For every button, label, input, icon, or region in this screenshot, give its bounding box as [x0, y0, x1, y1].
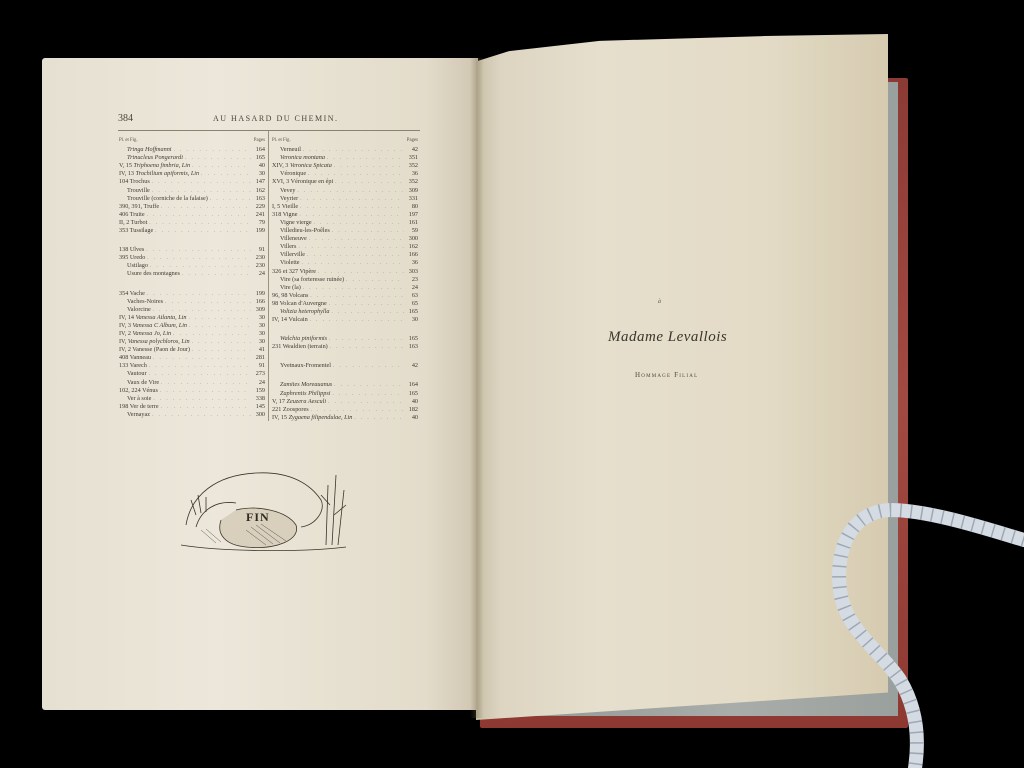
leader-dots: [185, 155, 251, 163]
index-entry-label: IV, 14 Vanessa Atlanta, Lin: [119, 314, 187, 322]
index-entry-label: 395 Uredo: [119, 254, 145, 262]
index-entry-term: Véronique: [280, 170, 306, 177]
index-entry: IV, 13 Trochilium apiformis, Lin30: [119, 170, 265, 178]
leader-dots: [174, 147, 251, 155]
leader-dots: [161, 204, 251, 212]
index-entry-term: Vache: [130, 290, 145, 297]
index-entry-label: 408 Vanneau: [119, 354, 151, 362]
index-entry: V, 17 Zeuzera Aesculi40: [272, 398, 418, 406]
index-entry-term: Vaches-Noires: [127, 298, 163, 305]
leader-dots: [297, 188, 404, 196]
index-entry-page: 303: [406, 268, 418, 276]
index-entry: Violette36: [272, 259, 418, 267]
index-entry-page: 351: [406, 154, 418, 162]
fin-inscription: FIN: [246, 510, 270, 525]
index-entry-page: 147: [253, 178, 265, 186]
index-entry-label: 96, 98 Volcans: [272, 292, 308, 300]
index-entry-label: Walchia piniformis: [272, 335, 327, 343]
index-entry-term: Villedieu-les-Poêles: [280, 227, 330, 234]
index-entry-ref: 104: [119, 178, 130, 185]
index-entry-term: Vanessa Atlanta, Lin: [136, 314, 187, 321]
index-entry: Véronique36: [272, 170, 418, 178]
index-entry-term: Vanessa polychloros, Lin: [128, 338, 190, 345]
index-entry-ref: 96, 98: [272, 292, 289, 299]
index-entry: Vire (la)24: [272, 284, 418, 292]
index-entry-label: 102, 224 Vénus: [119, 387, 158, 395]
index-entry-page: 79: [253, 219, 265, 227]
index-entry-term: Violette: [280, 259, 300, 266]
running-title: AU HASARD DU CHEMIN.: [213, 114, 339, 123]
index-entry: Villers162: [272, 243, 418, 251]
leader-dots: [192, 339, 251, 347]
index-entry: Verneuil42: [272, 146, 418, 154]
index-entry-label: 231 Wealdien (terrain): [272, 343, 328, 351]
index-entry-ref: XVI, 3: [272, 178, 291, 185]
index-entry-term: Veronica montana: [280, 154, 325, 161]
index-entry-page: 24: [253, 379, 265, 387]
dedication-name: Madame Levallois: [608, 329, 758, 346]
index-entry: 408 Vanneau281: [119, 354, 265, 362]
column-header-pages: Pages: [407, 137, 418, 145]
index-entry-page: 166: [253, 298, 265, 306]
leader-dots: [329, 336, 404, 344]
index-entry-page: 352: [406, 178, 418, 186]
index-entry: 104 Trochus147: [119, 178, 265, 186]
index-entry: IV, 14 Vulcain30: [272, 316, 418, 324]
index-entry-term: Ver à soie: [127, 395, 151, 402]
index-entry: Trouville162: [119, 187, 265, 195]
index-entry-term: Walchia piniformis: [280, 335, 327, 342]
index-entry-label: 198 Ver de terre: [119, 403, 159, 411]
index-entry: Ustilago230: [119, 262, 265, 270]
index-entry-page: 161: [406, 219, 418, 227]
index-entry-ref: 353: [119, 227, 130, 234]
leader-dots: [299, 212, 404, 220]
leader-dots: [298, 244, 404, 252]
index-entry-label: Trouville: [119, 187, 150, 195]
index-entry-ref: 138: [119, 246, 130, 253]
index-entry-ref: IV, 14: [119, 314, 136, 321]
leader-dots: [335, 179, 404, 187]
index-entry-label: 390, 391, Truffe: [119, 203, 159, 211]
index-entry-page: 41: [253, 346, 265, 354]
index-entry-page: 281: [253, 354, 265, 362]
index-entry: Vigne vierge161: [272, 219, 418, 227]
index-entry-label: Vigne vierge: [272, 219, 312, 227]
index-entry-label: 354 Vache: [119, 290, 145, 298]
index-entry: IV, 15 Zygaena filipendulae, Lin40: [272, 414, 418, 422]
index-entry-page: 241: [253, 211, 265, 219]
index-entry-term: Villerville: [280, 251, 305, 258]
index-entry-ref: V, 17: [272, 398, 287, 405]
index-entry-term: Triphoena fimbria, Lin: [134, 162, 191, 169]
index-entry-ref: V, 15: [119, 162, 134, 169]
index-column-right: Pl. et Fig. Pages Verneuil42Veronica mon…: [272, 137, 418, 422]
index-entry-ref: IV,: [119, 338, 128, 345]
index-entry-term: Tringa Hoffmanni: [127, 146, 172, 153]
index-entry: 96, 98 Volcans63: [272, 292, 418, 300]
index-entry-page: 165: [406, 335, 418, 343]
book-gutter: [470, 58, 484, 718]
index-entry-term: Trochus: [130, 178, 150, 185]
index-entry: IV, Vanessa polychloros, Lin30: [119, 338, 265, 346]
index-entry-page: 164: [253, 146, 265, 154]
column-header-ref: Pl. et Fig.: [272, 137, 291, 145]
leader-dots: [192, 163, 251, 171]
leader-dots: [149, 363, 251, 371]
index-entry-page: 30: [253, 170, 265, 178]
index-entry-term: Vipère: [300, 268, 316, 275]
index-entry-term: Vigne vierge: [280, 219, 312, 226]
index-entry: 98 Volcan d'Auvergne65: [272, 300, 418, 308]
index-entry-page: 30: [253, 314, 265, 322]
leader-dots: [300, 204, 404, 212]
index-entry: Vaches-Noires166: [119, 298, 265, 306]
index-entry-term: Ulves: [130, 246, 144, 253]
index-entry-label: Vaux de Vire: [119, 379, 159, 387]
index-entry-page: 229: [253, 203, 265, 211]
index-entry-label: 326 et 327 Vipère: [272, 268, 316, 276]
index-entry: IV, 2 Vanesse (Paon de Jour)41: [119, 346, 265, 354]
index-entry-page: 331: [406, 195, 418, 203]
leader-dots: [149, 220, 251, 228]
index-entry-page: 40: [406, 398, 418, 406]
index-spacer: [272, 324, 418, 335]
index-entry: 406 Truite241: [119, 211, 265, 219]
index-entry-label: II, 2 Turbot: [119, 219, 147, 227]
leader-dots: [332, 391, 404, 399]
index-entry-label: 138 Ulves: [119, 246, 144, 254]
index-entry-term: Vénus: [142, 387, 158, 394]
index-entry-term: Turbot: [131, 219, 148, 226]
index-entry-label: Violette: [272, 259, 300, 267]
index-entry-page: 42: [406, 146, 418, 154]
index-entry-page: 36: [406, 170, 418, 178]
index-entry-term: Ver de terre: [130, 403, 159, 410]
index-entry-page: 91: [253, 246, 265, 254]
index-entry-label: 98 Volcan d'Auvergne: [272, 300, 327, 308]
index-entry: Vautour273: [119, 370, 265, 378]
leader-dots: [165, 299, 251, 307]
index-entry: Voltzia heterophylla165: [272, 308, 418, 316]
index-entry-term: Vautour: [127, 370, 147, 377]
leader-dots: [153, 355, 251, 363]
index-entry-label: IV, 3 Vanessa C Album, Lin: [119, 322, 187, 330]
index-entry: Trouville (corniche de la falaise)163: [119, 195, 265, 203]
index-entry-term: Trochilium apiformis, Lin: [136, 170, 200, 177]
index-entry: Villedieu-les-Poêles59: [272, 227, 418, 235]
index-entry-page: 30: [406, 316, 418, 324]
index-entry-label: Vevey: [272, 187, 295, 195]
index-entry-ref: IV, 2: [119, 346, 132, 353]
index-entry-page: 199: [253, 227, 265, 235]
index-entry-label: 104 Trochus: [119, 178, 150, 186]
leader-dots: [332, 228, 404, 236]
index-entry-page: 182: [406, 406, 418, 414]
leader-dots: [346, 277, 404, 285]
index-entry-label: 221 Zoospores: [272, 406, 309, 414]
index-entry-label: Ustilago: [119, 262, 148, 270]
index-entry-ref: 221: [272, 406, 283, 413]
page-number: 384: [118, 113, 133, 124]
index-spacer: [119, 235, 265, 246]
index-entry-page: 91: [253, 362, 265, 370]
index-entry: 102, 224 Vénus159: [119, 387, 265, 395]
index-entry-ref: XIV, 3: [272, 162, 290, 169]
index-entry-label: XIV, 3 Veronica Spicata: [272, 162, 332, 170]
index-spacer: [119, 279, 265, 290]
leader-dots: [307, 252, 404, 260]
index-entry-ref: 102, 224: [119, 387, 142, 394]
leader-dots: [302, 260, 404, 268]
index-entry-term: Ustilago: [127, 262, 148, 269]
index-entry-label: Zaphrentis Philippsi: [272, 390, 330, 398]
index-entry: 326 et 327 Vipère303: [272, 268, 418, 276]
index-entry: 395 Uredo230: [119, 254, 265, 262]
index-entry-label: 133 Varech: [119, 362, 147, 370]
index-entry-page: 36: [406, 259, 418, 267]
index-entry-ref: IV, 13: [119, 170, 136, 177]
index-entry-label: IV, 14 Vulcain: [272, 316, 308, 324]
index-entry-label: Vire (la): [272, 284, 301, 292]
index-entry-page: 23: [406, 276, 418, 284]
index-entry-label: IV, Vanessa polychloros, Lin: [119, 338, 190, 346]
leader-dots: [155, 228, 251, 236]
index-entry: Valorcine309: [119, 306, 265, 314]
leader-dots: [328, 399, 404, 407]
index-entry-label: Vire (sa forteresse ruinée): [272, 276, 344, 284]
index-entry-label: V, 15 Triphoena fimbria, Lin: [119, 162, 190, 170]
index-spacer: [272, 370, 418, 381]
index-entry-page: 166: [406, 251, 418, 259]
index-entry-label: I, 5 Vieille: [272, 203, 298, 211]
index-entry: Zamites Moreauanus164: [272, 381, 418, 389]
column-header: Pl. et Fig. Pages: [119, 137, 265, 145]
index-entry-label: Voltzia heterophylla: [272, 308, 329, 316]
index-entry-ref: I, 5: [272, 203, 282, 210]
column-header: Pl. et Fig. Pages: [272, 137, 418, 145]
index-entry-term: Vulcain: [288, 316, 307, 323]
index-entry-term: Vire (sa forteresse ruinée): [280, 276, 344, 283]
index-entry-term: Veyrier: [280, 195, 298, 202]
index-spacer: [272, 351, 418, 362]
index-entry-term: Verneuil: [280, 146, 301, 153]
index-entry-page: 30: [253, 338, 265, 346]
index-entry: 231 Wealdien (terrain)163: [272, 343, 418, 351]
index-entry-ref: IV, 3: [119, 322, 132, 329]
leader-dots: [330, 344, 404, 352]
index-entry-page: 165: [406, 390, 418, 398]
index-entry-term: Zeuzera Aesculi: [287, 398, 327, 405]
bookmark-ribbon-cord-icon: [820, 490, 1024, 768]
index-entry-term: Yvetnaux-Fromentel: [280, 362, 331, 369]
index-entry: Villerville166: [272, 251, 418, 259]
leader-dots: [153, 396, 251, 404]
index-entry-ref: 408: [119, 354, 130, 361]
index-entry: I, 5 Vieille80: [272, 203, 418, 211]
index-entry-ref: 406: [119, 211, 130, 218]
index-entry-term: Voltzia heterophylla: [280, 308, 329, 315]
index-entry-page: 159: [253, 387, 265, 395]
fin-vignette-illustration: FIN: [176, 455, 356, 555]
index-entry: Veyrier331: [272, 195, 418, 203]
leader-dots: [309, 236, 404, 244]
leader-dots: [182, 271, 251, 279]
index-entry-page: 199: [253, 290, 265, 298]
index-entry-page: 197: [406, 211, 418, 219]
animal-on-rock-engraving-icon: [176, 455, 356, 555]
index-entry-label: Verneuil: [272, 146, 301, 154]
index-entry-term: Vevey: [280, 187, 295, 194]
index-entry-term: Wealdien (terrain): [283, 343, 328, 350]
header-rule: [118, 130, 420, 131]
index-entry-term: Vanessa Jo, Lin: [132, 330, 171, 337]
index-entry-term: Vire (la): [280, 284, 301, 291]
index-entry-page: 30: [253, 322, 265, 330]
index-entry-term: Villers: [280, 243, 296, 250]
index-entry: 138 Ulves91: [119, 246, 265, 254]
index-entry-page: 63: [406, 292, 418, 300]
index-entry-term: Vernayaz: [127, 411, 150, 418]
index-entry-label: Vautour: [119, 370, 147, 378]
index-entry-label: Veyrier: [272, 195, 298, 203]
index-entry-term: Volcan d'Auvergne: [280, 300, 327, 307]
column-header-pages: Pages: [254, 137, 265, 145]
index-entry-label: IV, 2 Vanessa Jo, Lin: [119, 330, 171, 338]
leader-dots: [210, 196, 251, 204]
index-entry-term: Zamites Moreauanus: [280, 381, 332, 388]
index-entry-ref: 133: [119, 362, 130, 369]
index-entry-term: Truite: [130, 211, 145, 218]
index-entry-term: Trouville: [127, 187, 150, 194]
index-entry-label: Villedieu-les-Poêles: [272, 227, 330, 235]
index-entry: Veronica montana351: [272, 154, 418, 162]
index-entry-label: Yvetnaux-Fromentel: [272, 362, 331, 370]
index-entry: Vire (sa forteresse ruinée)23: [272, 276, 418, 284]
index-entry: Yvetnaux-Fromentel42: [272, 362, 418, 370]
index-entry-ref: 395: [119, 254, 130, 261]
index-entry-page: 59: [406, 227, 418, 235]
index-entry: 353 Tussilage199: [119, 227, 265, 235]
index-entry-ref: IV, 2: [119, 330, 132, 337]
index-entry-label: Usure des montagnes: [119, 270, 180, 278]
leader-dots: [334, 382, 404, 390]
index-entry: Usure des montagnes24: [119, 270, 265, 278]
leader-dots: [331, 309, 404, 317]
index-entry-label: Villers: [272, 243, 296, 251]
index-entry-term: Truffe: [144, 203, 159, 210]
index-entry: Walchia piniformis165: [272, 335, 418, 343]
index-entry-page: 163: [253, 195, 265, 203]
index-entry-page: 352: [406, 162, 418, 170]
index-entry-ref: 390, 391,: [119, 203, 144, 210]
index-entry: V, 15 Triphoena fimbria, Lin40: [119, 162, 265, 170]
index-entry: IV, 2 Vanessa Jo, Lin30: [119, 330, 265, 338]
index-entry-term: Villeneuve: [280, 235, 307, 242]
leader-dots: [161, 380, 251, 388]
leader-dots: [310, 317, 404, 325]
index-entry-page: 65: [406, 300, 418, 308]
index-entry-term: Varech: [130, 362, 147, 369]
index-entry-term: Veronica Spicata: [290, 162, 332, 169]
index-entry-page: 164: [406, 381, 418, 389]
index-entry-label: XVI, 3 Véronique en épi: [272, 178, 333, 186]
leader-dots: [329, 301, 404, 309]
index-entry-label: Vernayaz: [119, 411, 150, 419]
index-entry-term: Zoospores: [283, 406, 309, 413]
index-entry-label: 353 Tussilage: [119, 227, 153, 235]
index-entry-label: Ver à soie: [119, 395, 151, 403]
index-entry-term: Zygaena filipendulae, Lin: [289, 414, 353, 421]
index-entry: Tringa Hoffmanni164: [119, 146, 265, 154]
index-entry-page: 24: [253, 270, 265, 278]
index-entry: Trinucleus Pongerardi165: [119, 154, 265, 162]
leader-dots: [152, 179, 251, 187]
leader-dots: [354, 415, 404, 423]
index-entry-label: Villerville: [272, 251, 305, 259]
index-entry-ref: 354: [119, 290, 130, 297]
leader-dots: [161, 404, 251, 412]
index-entry-page: 24: [406, 284, 418, 292]
index-entry-term: Véronique en épi: [291, 178, 334, 185]
index-entry-term: Valorcine: [127, 306, 151, 313]
index-entry-label: 318 Vigne: [272, 211, 297, 219]
index-entry-label: Zamites Moreauanus: [272, 381, 332, 389]
index-entry-ref: 231: [272, 343, 283, 350]
index-entry: 390, 391, Truffe229: [119, 203, 265, 211]
index-entry-term: Usure des montagnes: [127, 270, 180, 277]
index-entry-term: Vaux de Vire: [127, 379, 159, 386]
index-entry-page: 42: [406, 362, 418, 370]
index-entry-term: Trouville (corniche de la falaise): [127, 195, 208, 202]
index-entry: XVI, 3 Véronique en épi352: [272, 178, 418, 186]
index-entry-term: Tussilage: [130, 227, 154, 234]
dedication-prefix: à: [658, 299, 661, 305]
running-head: 384 AU HASARD DU CHEMIN.: [118, 113, 418, 127]
index-entry-label: Villeneuve: [272, 235, 307, 243]
index-entry-term: Vieille: [282, 203, 298, 210]
index-entry-page: 338: [253, 395, 265, 403]
index-entry-label: Valorcine: [119, 306, 151, 314]
index-entry-label: V, 17 Zeuzera Aesculi: [272, 398, 326, 406]
index-entry-label: 406 Truite: [119, 211, 145, 219]
dedication-subtitle: Hommage Filial: [635, 371, 698, 379]
index-entry-page: 162: [253, 187, 265, 195]
index-entry: Vaux de Vire24: [119, 379, 265, 387]
index-entry-page: 40: [253, 162, 265, 170]
index-entry-page: 162: [406, 243, 418, 251]
index-entry-page: 230: [253, 254, 265, 262]
index-entry-page: 273: [253, 370, 265, 378]
index-entry-term: Volcans: [289, 292, 308, 299]
leader-dots: [152, 412, 251, 420]
index-entry-ref: 198: [119, 403, 130, 410]
leader-dots: [327, 155, 404, 163]
index-entry-ref: 98: [272, 300, 280, 307]
index-entry: IV, 14 Vanessa Atlanta, Lin30: [119, 314, 265, 322]
index-entry-page: 165: [253, 154, 265, 162]
leader-dots: [192, 347, 251, 355]
leader-dots: [303, 285, 404, 293]
index-entry-label: Trouville (corniche de la falaise): [119, 195, 208, 203]
index-entry-ref: II, 2: [119, 219, 131, 226]
index-entry-ref: IV, 14: [272, 316, 288, 323]
index-entry-page: 300: [406, 235, 418, 243]
index-entry-label: IV, 2 Vanesse (Paon de Jour): [119, 346, 190, 354]
leader-dots: [160, 388, 251, 396]
column-header-ref: Pl. et Fig.: [119, 137, 138, 145]
index-entry-label: Véronique: [272, 170, 306, 178]
